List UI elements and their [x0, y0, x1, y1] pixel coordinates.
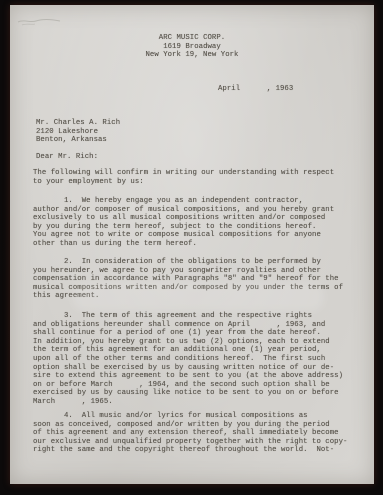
paragraph-2: 2. In consideration of the obligations t…	[33, 258, 343, 301]
paragraph-1: 1. We hereby engage you as an independen…	[33, 197, 334, 249]
paragraph-4: 4. All music and/or lyrics for musical c…	[33, 412, 347, 455]
letter-paper: ARC MUSIC CORP. 1619 Broadway New York 1…	[10, 5, 374, 484]
letterhead: ARC MUSIC CORP. 1619 Broadway New York 1…	[10, 34, 374, 60]
paragraph-3: 3. The term of this agreement and the re…	[33, 312, 343, 407]
recipient-address: Mr. Charles A. Rich 2120 Lakeshore Bento…	[36, 119, 120, 145]
pencil-scribble-mark	[16, 14, 62, 28]
date-line: April , 1963	[218, 85, 293, 94]
salutation: Dear Mr. Rich:	[36, 153, 98, 162]
intro-paragraph: The following will confirm in writing ou…	[33, 169, 334, 186]
letter-photo: ARC MUSIC CORP. 1619 Broadway New York 1…	[0, 0, 383, 495]
